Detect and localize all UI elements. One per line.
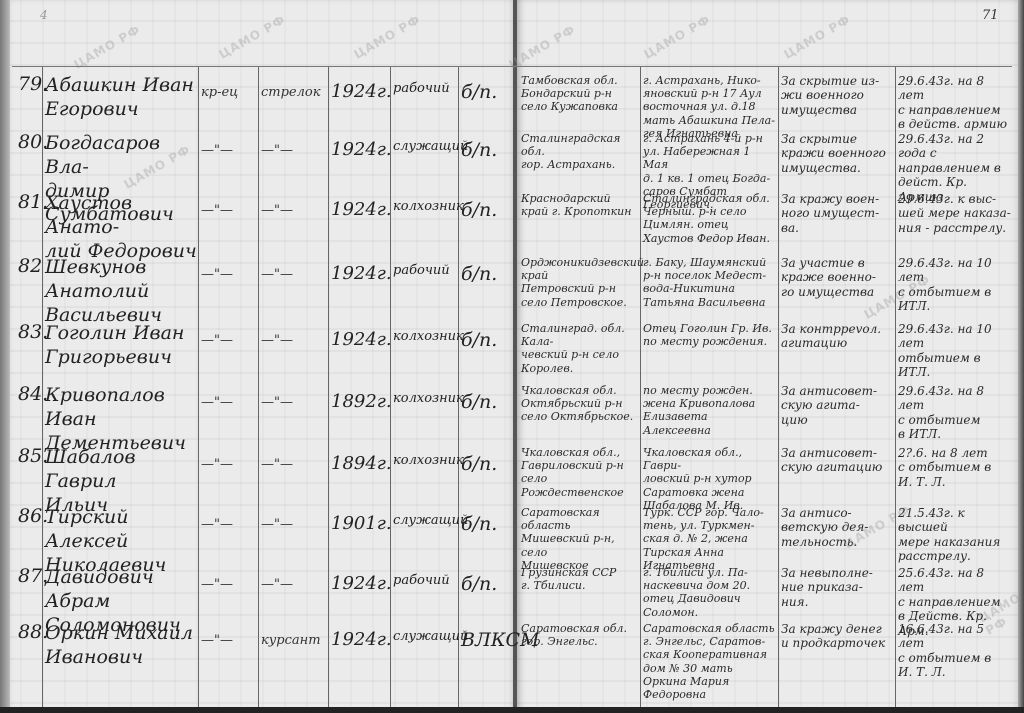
book-bottom-edge [0, 707, 1024, 713]
rank: —"— [201, 204, 257, 219]
position: —"— [261, 144, 327, 159]
person-name: Шевкунов Анатолий Васильевич [45, 256, 197, 327]
birth-year: 1901г. [331, 514, 389, 535]
social-status: рабочий [393, 264, 457, 279]
rank: —"— [201, 144, 257, 159]
party-membership: б/п. [461, 140, 517, 162]
home-address: Отец Гоголин Гр. Ив. по месту рождения. [643, 322, 777, 348]
birth-year: 1924г. [331, 200, 389, 221]
page-number: 71 [982, 8, 999, 23]
birth-year: 1924г. [331, 140, 389, 161]
row-number: 85. [18, 446, 42, 468]
row-number: 83. [18, 322, 42, 344]
column-divider [895, 66, 896, 707]
book-spine [513, 0, 517, 713]
column-divider [390, 66, 391, 707]
social-status: колхозник [393, 200, 457, 215]
sentence: 29.6.43г. на 8 лет с направлением в дейс… [898, 74, 1011, 132]
birthplace: Саратовская обл. гор. Энгельс. [521, 622, 639, 648]
rank: —"— [201, 518, 257, 533]
offence: За контррevол. агитацию [781, 322, 894, 351]
birth-year: 1892г. [331, 392, 389, 413]
column-divider [328, 66, 329, 707]
row-number: 86. [18, 506, 42, 528]
home-address: Чкаловская обл., Гаври- ловский р-н хуто… [643, 446, 777, 512]
row-number: 79. [18, 74, 42, 96]
ledger-spread: 4 71 ЦАМО РФЦАМО РФЦАМО РФЦАМО РФЦАМО РФ… [0, 0, 1024, 713]
row-number: 87. [18, 566, 42, 588]
birthplace: Орджоникидзевский край Петровский р-н се… [521, 256, 639, 309]
rank: —"— [201, 268, 257, 283]
offence: За участие в краже военно- го имущества [781, 256, 894, 299]
row-number: 88. [18, 622, 42, 644]
social-status: служащий [393, 630, 457, 645]
offence: За антисо- ветскую дея- тельность. [781, 506, 894, 549]
column-divider [640, 66, 641, 707]
position: —"— [261, 204, 327, 219]
table-top-rule [12, 66, 1012, 67]
party-membership: б/п. [461, 514, 517, 536]
row-number: 84. [18, 384, 42, 406]
column-divider [778, 66, 779, 707]
offence: За скрытие кражи военного имущества. [781, 132, 894, 175]
person-name: Гоголин Иван Григорьевич [45, 322, 197, 370]
party-membership: б/п. [461, 574, 517, 596]
sentence: 29.6.43г. на 10 лет с отбытием в ИТЛ. [898, 256, 1011, 314]
birth-year: 1924г. [331, 574, 389, 595]
row-number: 81. [18, 192, 42, 214]
sentence: 29.6.43г. на 8 лет с отбытием в ИТЛ. [898, 384, 1011, 442]
social-status: колхозник [393, 392, 457, 407]
position: —"— [261, 578, 327, 593]
column-divider [258, 66, 259, 707]
rank: —"— [201, 334, 257, 349]
birth-year: 1924г. [331, 264, 389, 285]
party-membership: ВЛКСМ [461, 630, 517, 652]
birthplace: Сталинград. обл. Кала- чевский р-н село … [521, 322, 639, 375]
social-status: рабочий [393, 82, 457, 97]
home-address: Турк. ССР гор. Чало- тень, ул. Туркмен- … [643, 506, 777, 572]
position: —"— [261, 518, 327, 533]
social-status: колхозник [393, 454, 457, 469]
sentence: 29.6.43г. на 10 лет отбытием в ИТЛ. [898, 322, 1011, 380]
sentence: 2?.6. на 8 лет с отбытием в И. Т. Л. [898, 446, 1011, 489]
party-membership: б/п. [461, 330, 517, 352]
party-membership: б/п. [461, 454, 517, 476]
position: —"— [261, 396, 327, 411]
person-name: Кривопалов Иван Дементьевич [45, 384, 197, 455]
rank: —"— [201, 396, 257, 411]
birth-year: 1924г. [331, 630, 389, 651]
party-membership: б/п. [461, 392, 517, 414]
birth-year: 1924г. [331, 330, 389, 351]
offence: За кражу денег и продкарточек [781, 622, 894, 651]
column-divider [198, 66, 199, 707]
social-status: служащий [393, 514, 457, 529]
birth-year: 1924г. [331, 82, 389, 103]
home-address: Сталинградская обл. Черныш. р-н село Цим… [643, 192, 777, 245]
home-address: Саратовская область г. Энгельс, Саратов-… [643, 622, 777, 701]
birthplace: Грузинская ССР г. Тбилиси. [521, 566, 639, 592]
birthplace: Саратовская область Мишевский р-н, село … [521, 506, 639, 572]
person-name: Хаустов Анато- лий Федорович [45, 192, 197, 263]
birthplace: Чкаловская обл., Гавриловский р-н село Р… [521, 446, 639, 499]
offence: За антисовет- скую агита- цию [781, 384, 894, 427]
birthplace: Чкаловская обл. Октябрьский р-н село Окт… [521, 384, 639, 424]
party-membership: б/п. [461, 200, 517, 222]
birthplace: Краснодарский край г. Кропоткин [521, 192, 639, 218]
person-name: Оркин Михаил Иванович [45, 622, 197, 670]
row-number: 80. [18, 132, 42, 154]
position: —"— [261, 268, 327, 283]
corner-mark: 4 [40, 8, 48, 22]
party-membership: б/п. [461, 264, 517, 286]
rank: кр-ец [201, 86, 257, 101]
row-number: 82 [18, 256, 42, 278]
home-address: г. Астрахань, Нико- яновский р-н 17 Аул … [643, 74, 777, 140]
offence: За невыполне- ние приказа- ния. [781, 566, 894, 609]
rank: —"— [201, 578, 257, 593]
sentence: 16.6.43г. на 5 лет с отбытием в И. Т. Л. [898, 622, 1011, 680]
social-status: служащий [393, 140, 457, 155]
column-divider [458, 66, 459, 707]
rank: —"— [201, 634, 257, 649]
sentence: 21.5.43г. к высшей мере наказания расстр… [898, 506, 1011, 564]
home-address: по месту рожден. жена Кривопалова Елизав… [643, 384, 777, 437]
birthplace: Тамбовская обл. Бондарский р-н село Кужа… [521, 74, 639, 114]
birth-year: 1894г. [331, 454, 389, 475]
home-address: г. Баку, Шаумянский р-н поселок Медест- … [643, 256, 777, 309]
sentence: 29.6.43г. к выс- шей мере наказа- ния - … [898, 192, 1011, 235]
offence: За антисовет- скую агитацию [781, 446, 894, 475]
home-address: г. Тбилиси ул. Па- наскевича дом 20. оте… [643, 566, 777, 619]
offence: За скрытие из- жи военного имущества [781, 74, 894, 117]
party-membership: б/п. [461, 82, 517, 104]
social-status: рабочий [393, 574, 457, 589]
offence: За кражу воен- ного имущест- ва. [781, 192, 894, 235]
birthplace: Сталинградская обл. гор. Астрахань. [521, 132, 639, 172]
person-name: Абашкин Иван Егорович [45, 74, 197, 122]
position: стрелок [261, 86, 327, 101]
position: —"— [261, 458, 327, 473]
position: —"— [261, 334, 327, 349]
position: курсант [261, 634, 327, 649]
social-status: колхозник [393, 330, 457, 345]
rank: —"— [201, 458, 257, 473]
book-left-edge [0, 0, 10, 713]
